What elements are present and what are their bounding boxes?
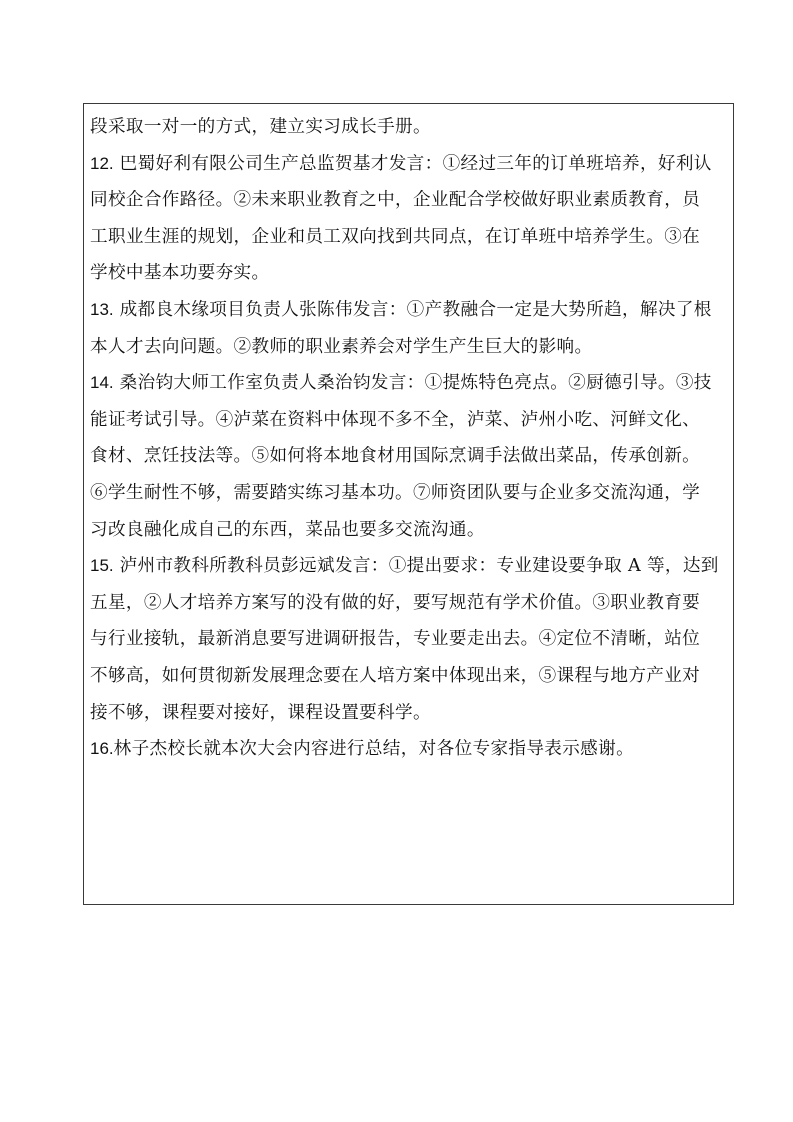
text-segment: 成都良木缘项目负责人张陈伟发言：①产教融合一定是大势所趋，解决了根 (114, 300, 712, 320)
item-number: 15. (90, 556, 114, 575)
text-line: 同校企合作路径。②未来职业教育之中，企业配合学校做好职业素质教育，员 (90, 182, 727, 219)
text-line: 能证考试引导。④泸菜在资料中体现不多不全，泸菜、泸州小吃、河鲜文化、 (90, 402, 727, 439)
text-line: 本人才去向问题。②教师的职业素养会对学生产生巨大的影响。 (90, 329, 727, 366)
item-number: 14. (90, 373, 114, 392)
paragraph-16: 16.林子杰校长就本次大会内容进行总结，对各位专家指导表示感谢。 (90, 731, 727, 768)
text-line: 工职业生涯的规划，企业和员工双向找到共同点，在订单班中培养学生。③在 (90, 219, 727, 256)
text-line: 学校中基本功要夯实。 (90, 255, 727, 292)
item-number: 16. (90, 739, 114, 758)
text-line: 13. 成都良木缘项目负责人张陈伟发言：①产教融合一定是大势所趋，解决了根 (90, 292, 727, 329)
text-line: ⑥学生耐性不够，需要踏实练习基本功。⑦师资团队要与企业多交流沟通，学 (90, 475, 727, 512)
paragraph-11-continued: 段采取一对一的方式，建立实习成长手册。 (90, 109, 727, 146)
item-number: 13. (90, 300, 114, 319)
text-line: 16.林子杰校长就本次大会内容进行总结，对各位专家指导表示感谢。 (90, 731, 727, 768)
text-line: 不够高，如何贯彻新发展理念要在人培方案中体现出来，⑤课程与地方产业对 (90, 658, 727, 695)
text-line: 接不够，课程要对接好，课程设置要科学。 (90, 695, 727, 732)
text-line: 段采取一对一的方式，建立实习成长手册。 (90, 109, 727, 146)
document-page: 段采取一对一的方式，建立实习成长手册。 12. 巴蜀好利有限公司生产总监贺基才发… (0, 0, 793, 1122)
paragraph-14: 14. 桑治钧大师工作室负责人桑治钧发言：①提炼特色亮点。②厨德引导。③技 能证… (90, 365, 727, 548)
text-line: 食材、烹饪技法等。⑤如何将本地食材用国际烹调手法做出菜品，传承创新。 (90, 438, 727, 475)
text-segment: 巴蜀好利有限公司生产总监贺基才发言：①经过三年的订单班培养，好利认 (114, 154, 712, 174)
text-line: 12. 巴蜀好利有限公司生产总监贺基才发言：①经过三年的订单班培养，好利认 (90, 146, 727, 183)
text-line: 五星，②人才培养方案写的没有做的好，要写规范有学术价值。③职业教育要 (90, 585, 727, 622)
meeting-minutes-box: 段采取一对一的方式，建立实习成长手册。 12. 巴蜀好利有限公司生产总监贺基才发… (83, 103, 734, 905)
text-line: 与行业接轨，最新消息要写进调研报告，专业要走出去。④定位不清晰，站位 (90, 621, 727, 658)
text-line: 15. 泸州市教科所教科员彭远斌发言：①提出要求：专业建设要争取 A 等，达到 (90, 548, 727, 585)
text-line: 习改良融化成自己的东西，菜品也要多交流沟通。 (90, 512, 727, 549)
text-segment: 林子杰校长就本次大会内容进行总结，对各位专家指导表示感谢。 (114, 739, 634, 759)
paragraph-15: 15. 泸州市教科所教科员彭远斌发言：①提出要求：专业建设要争取 A 等，达到 … (90, 548, 727, 731)
paragraph-13: 13. 成都良木缘项目负责人张陈伟发言：①产教融合一定是大势所趋，解决了根 本人… (90, 292, 727, 365)
text-segment: 桑治钧大师工作室负责人桑治钧发言：①提炼特色亮点。②厨德引导。③技 (114, 373, 712, 393)
text-line: 14. 桑治钧大师工作室负责人桑治钧发言：①提炼特色亮点。②厨德引导。③技 (90, 365, 727, 402)
paragraph-12: 12. 巴蜀好利有限公司生产总监贺基才发言：①经过三年的订单班培养，好利认 同校… (90, 146, 727, 292)
text-segment: 泸州市教科所教科员彭远斌发言：①提出要求：专业建设要争取 A 等，达到 (114, 556, 719, 576)
item-number: 12. (90, 154, 114, 173)
